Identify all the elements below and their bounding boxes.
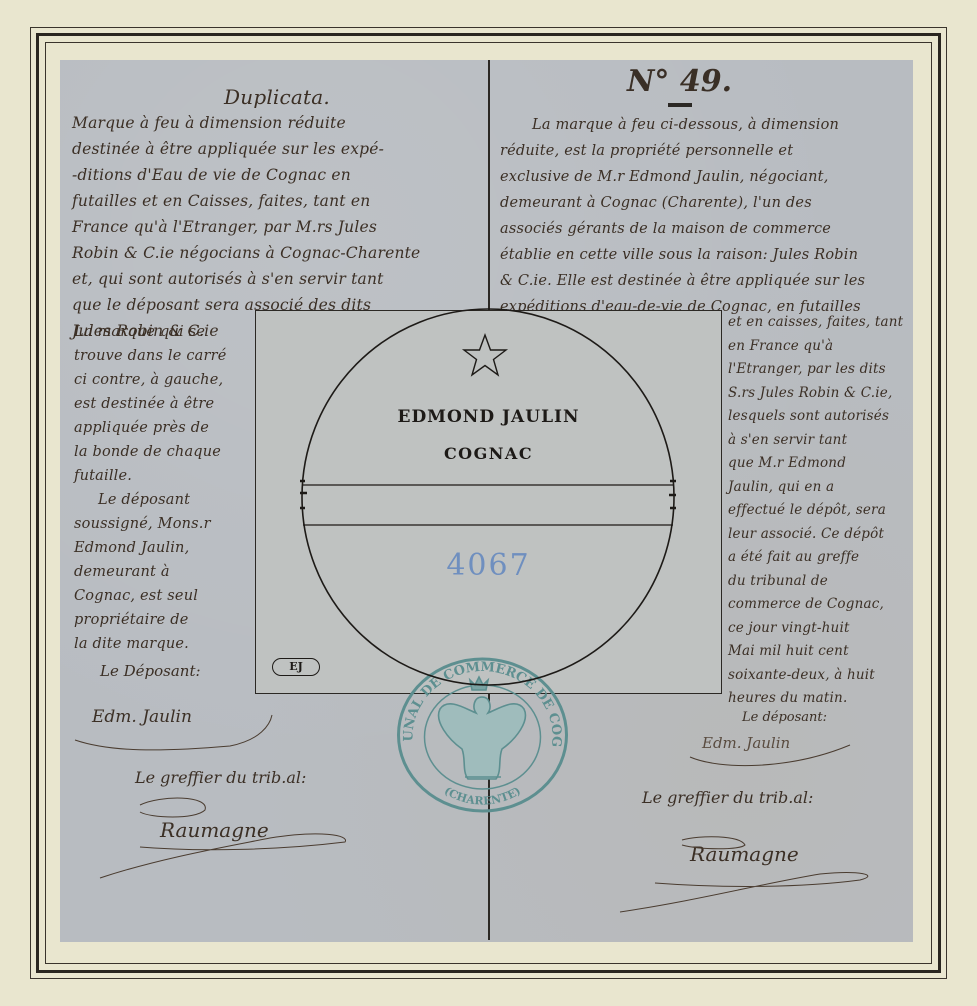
stamp-bottom-text: (CHARENTE)	[442, 784, 523, 807]
fire-mark-circle	[255, 300, 722, 700]
brand-name: EDMOND JAULIN	[255, 407, 722, 427]
brand-city: COGNAC	[255, 444, 722, 463]
mark-number: 4067	[255, 548, 722, 583]
star-icon	[464, 335, 506, 375]
ej-badge: EJ	[272, 658, 320, 676]
